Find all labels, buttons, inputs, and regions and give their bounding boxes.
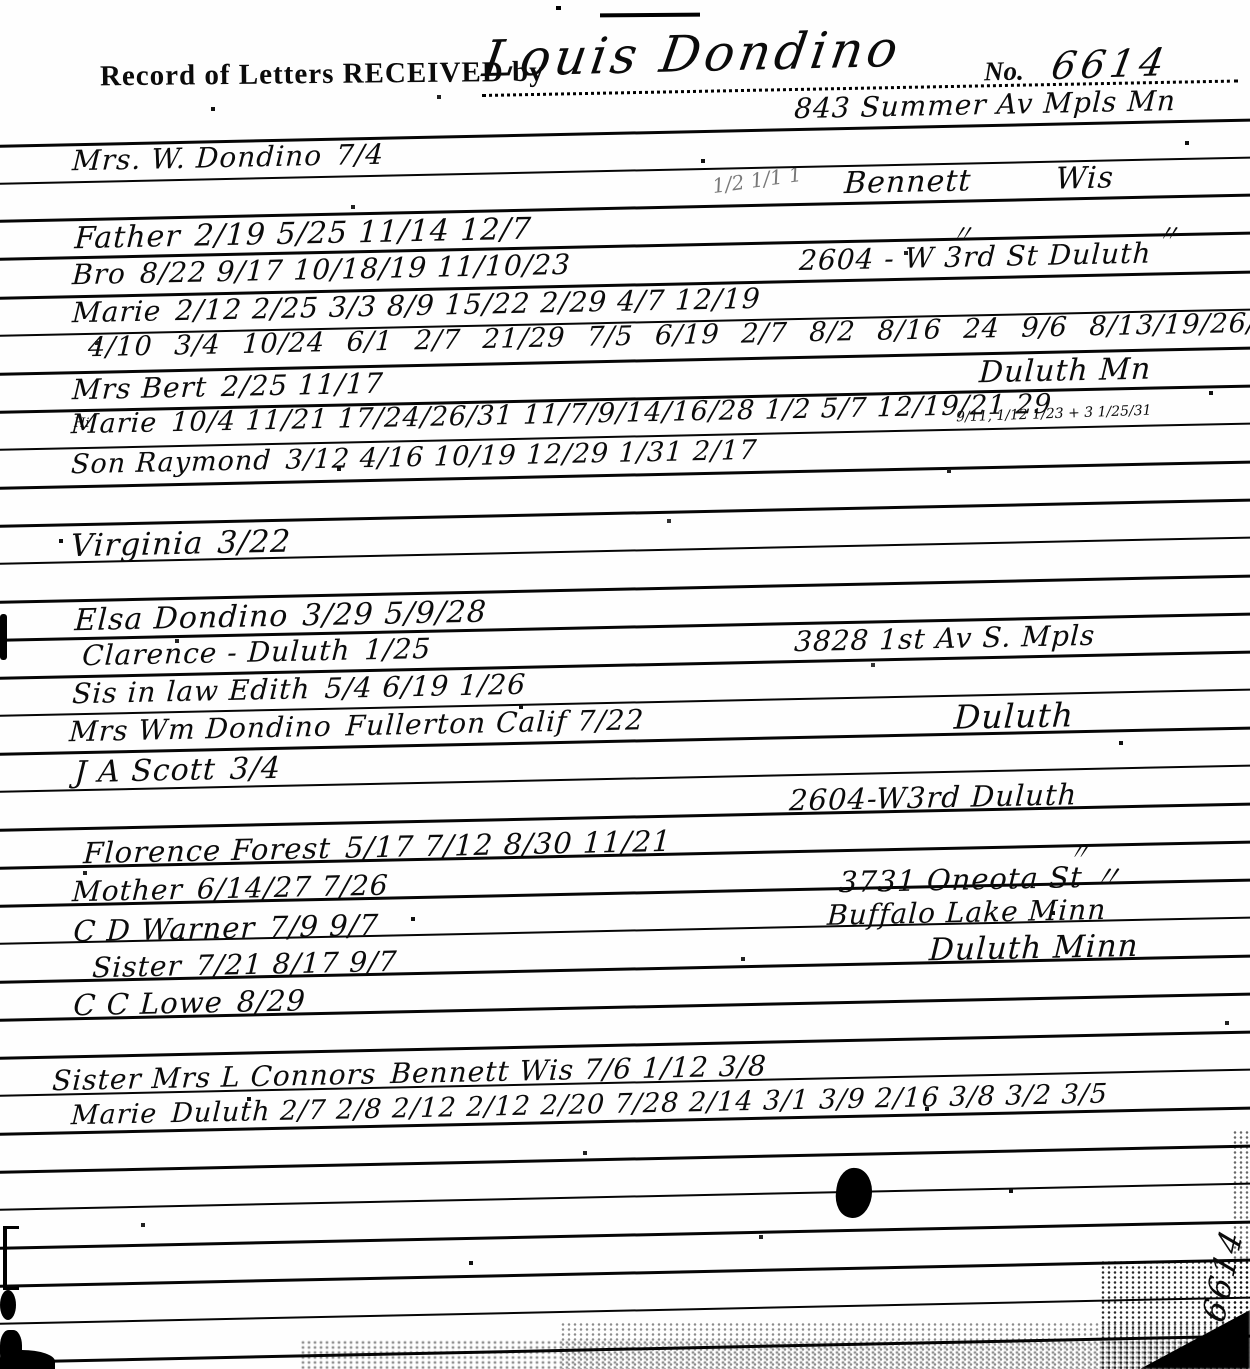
ditto-mark: 〃 xyxy=(950,214,974,249)
entry-address: Buffalo Lake Minn xyxy=(826,893,1107,932)
entry-dates: 3/22 xyxy=(217,524,292,562)
scan-noise xyxy=(1232,1130,1250,1369)
entry-address: 2604-W3rd Duluth xyxy=(788,777,1078,817)
record-number-label: No. xyxy=(984,56,1024,88)
entry-address: Duluth xyxy=(953,695,1075,737)
entry-name: J A Scott xyxy=(74,752,217,790)
ditto-mark: 〃 xyxy=(1068,836,1090,867)
speckle-dots xyxy=(0,0,2,2)
ruled-line xyxy=(0,1296,1250,1325)
ink-blob xyxy=(833,1166,876,1221)
entry-address: 2604 - W 3rd St Duluth xyxy=(798,237,1152,277)
ditto-mark: 〃 xyxy=(1156,214,1180,249)
tiny-annotation: Hi xyxy=(74,416,90,431)
ruled-line xyxy=(0,1220,1250,1250)
entry-address: Duluth Minn xyxy=(928,928,1139,968)
stray-line-mark xyxy=(600,13,700,18)
entry-dates: 8/29 xyxy=(236,983,307,1018)
entry-address: 3828 1st Av S. Mpls xyxy=(793,619,1096,658)
entry-dates: 7/4 xyxy=(335,138,385,172)
entry-dates: 3/4 xyxy=(229,751,282,787)
ruled-line xyxy=(0,1182,1250,1211)
entry-name: C C Lowe xyxy=(73,985,224,1022)
margin-bracket xyxy=(3,1226,19,1290)
entry-dates: 3/12 4/16 10/19 12/29 1/31 2/17 xyxy=(285,435,758,476)
entry-name: Virginia xyxy=(70,525,204,564)
recipient-name-handwritten: Louis Dondino xyxy=(479,20,905,88)
edge-mark xyxy=(0,614,7,660)
scanned-ledger-page: Record of Letters RECEIVED by Louis Dond… xyxy=(0,0,1250,1369)
entry-address: Duluth Mn xyxy=(978,352,1152,391)
entry-address: Bennett Wis xyxy=(843,160,1115,201)
stray-dot-mark xyxy=(556,6,561,10)
edge-blob xyxy=(0,1290,16,1320)
edge-blob xyxy=(0,1350,55,1369)
entry-dates: Duluth 2/7 2/8 2/12 2/12 2/20 7/28 2/14 … xyxy=(171,1079,1109,1130)
entry-address: 843 Summer Av Mpls Mn xyxy=(793,84,1176,125)
entry-name: Marie xyxy=(70,1098,158,1131)
entry-name: Mrs. W. Dondino xyxy=(71,139,323,177)
ruled-line xyxy=(0,1258,1250,1288)
form-title: Record of Letters RECEIVED by xyxy=(100,56,545,94)
entry-name: Son Raymond xyxy=(70,445,272,480)
